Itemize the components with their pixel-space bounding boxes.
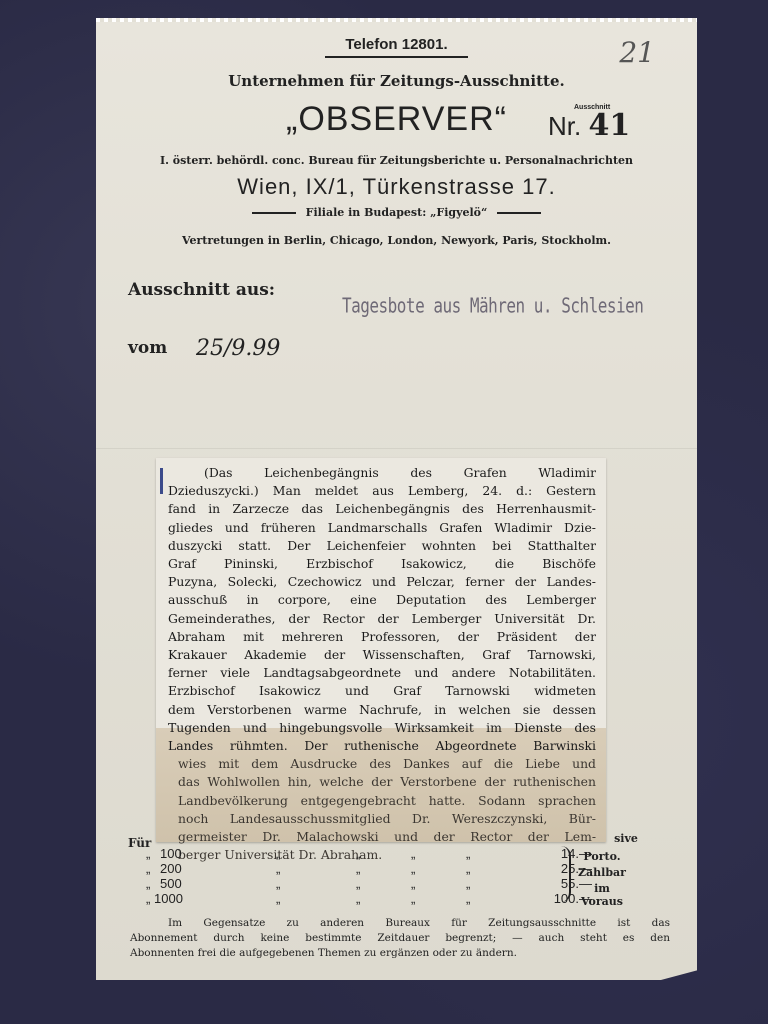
clipping-line: wies mit dem Ausdrucke des Dankes auf di…: [168, 755, 596, 773]
clipping-line: Landbevölkerung entgegengebracht hatte. …: [168, 792, 596, 810]
clipping-line: Erzbischof Isakowicz und Graf Tarnowski …: [168, 682, 596, 700]
clipping-line: ferner viele Landtagsabgeordnete und and…: [168, 664, 596, 682]
clipping-line: Puzyna, Solecki, Czechowicz und Pelczar,…: [168, 573, 596, 591]
vom-label: vom: [128, 338, 167, 358]
clipping-line: Graf Pininski, Erzbischof Isakowicz, die…: [168, 555, 596, 573]
pricing-brace: [559, 846, 571, 902]
clipping-line: (Das Leichenbegängnis des Grafen Wladimi…: [168, 464, 596, 482]
bureau-description: I. österr. behördl. conc. Bureau für Zei…: [96, 154, 697, 167]
clipping-line: Dzieduszycki.) Man meldet aus Lemberg, 2…: [168, 482, 596, 500]
blue-pencil-mark: [160, 468, 163, 494]
clipping-line: Gemeinderathes, der Rector der Lemberger…: [168, 610, 596, 628]
clipping-line: germeister Dr. Malachowski und der Recto…: [168, 828, 596, 846]
clipping-number: Nr. 41: [548, 108, 630, 143]
side-note: Zahlbar: [572, 866, 632, 879]
company-subtitle: Unternehmen für Zeitungs-Ausschnitte.: [96, 72, 697, 90]
paper-fold-line: [96, 448, 697, 449]
side-note: im Voraus: [572, 882, 632, 908]
filiale-budapest: Filiale in Budapest: „Figyelö“: [96, 206, 697, 219]
clipping-line: noch Landesausschussmitglied Dr. Wereszc…: [168, 810, 596, 828]
handwritten-number: 21: [619, 36, 655, 69]
clipping-text: (Das Leichenbegängnis des Grafen Wladimi…: [168, 464, 596, 864]
clipping-line: fand in Zarzecze das Leichenbegängnis de…: [168, 500, 596, 518]
newspaper-clipping: (Das Leichenbegängnis des Grafen Wladimi…: [156, 458, 606, 842]
company-address: Wien, IX/1, Türkenstrasse 17.: [96, 174, 697, 200]
side-note: Porto.: [572, 850, 632, 863]
handwritten-date: 25/9.99: [196, 336, 280, 361]
clipping-line: Abraham mit mehreren Professoren, der Pr…: [168, 628, 596, 646]
clipping-line: das Wohlwollen hin, welche der Verstorbe…: [168, 773, 596, 791]
clipping-form-paper: Telefon 12801. 21 Unternehmen für Zeitun…: [96, 18, 697, 980]
clipping-line: ausschuß in corpore, eine Deputation des…: [168, 591, 596, 609]
clipping-line: dem Verstorbenen warme Nachrufe, in welc…: [168, 701, 596, 719]
footer-line: Abonnement durch keine bestimmte Zeitdau…: [130, 931, 670, 946]
footer-note: Im Gegensatze zu anderen Bureaux für Zei…: [130, 916, 670, 961]
footer-line: Im Gegensatze zu anderen Bureaux für Zei…: [130, 916, 670, 931]
telefon-header: Telefon 12801.: [96, 36, 697, 58]
company-name: „OBSERVER“: [286, 100, 507, 139]
ausschnitt-aus-label: Ausschnitt aus:: [128, 280, 275, 300]
clipping-line: Tugenden und hingebungsvolle Wirksamkeit…: [168, 719, 596, 737]
clipping-line: gliedes und früheren Landmarschalls Graf…: [168, 519, 596, 537]
clipping-line: duszycki statt. Der Leichenfeier wohnten…: [168, 537, 596, 555]
footer-line: Abonnenten frei die aufgegebenen Themen …: [130, 946, 670, 961]
newspaper-stamp: Tagesbote aus Mähren u. Schlesien: [342, 293, 643, 318]
vertretungen-line: Vertretungen in Berlin, Chicago, London,…: [96, 234, 697, 247]
clipping-line: Landes rühmten. Der ruthenische Abgeordn…: [168, 737, 596, 755]
clipping-line: Krakauer Akademie der Wissenschaften, Gr…: [168, 646, 596, 664]
side-note: sive: [606, 832, 646, 845]
